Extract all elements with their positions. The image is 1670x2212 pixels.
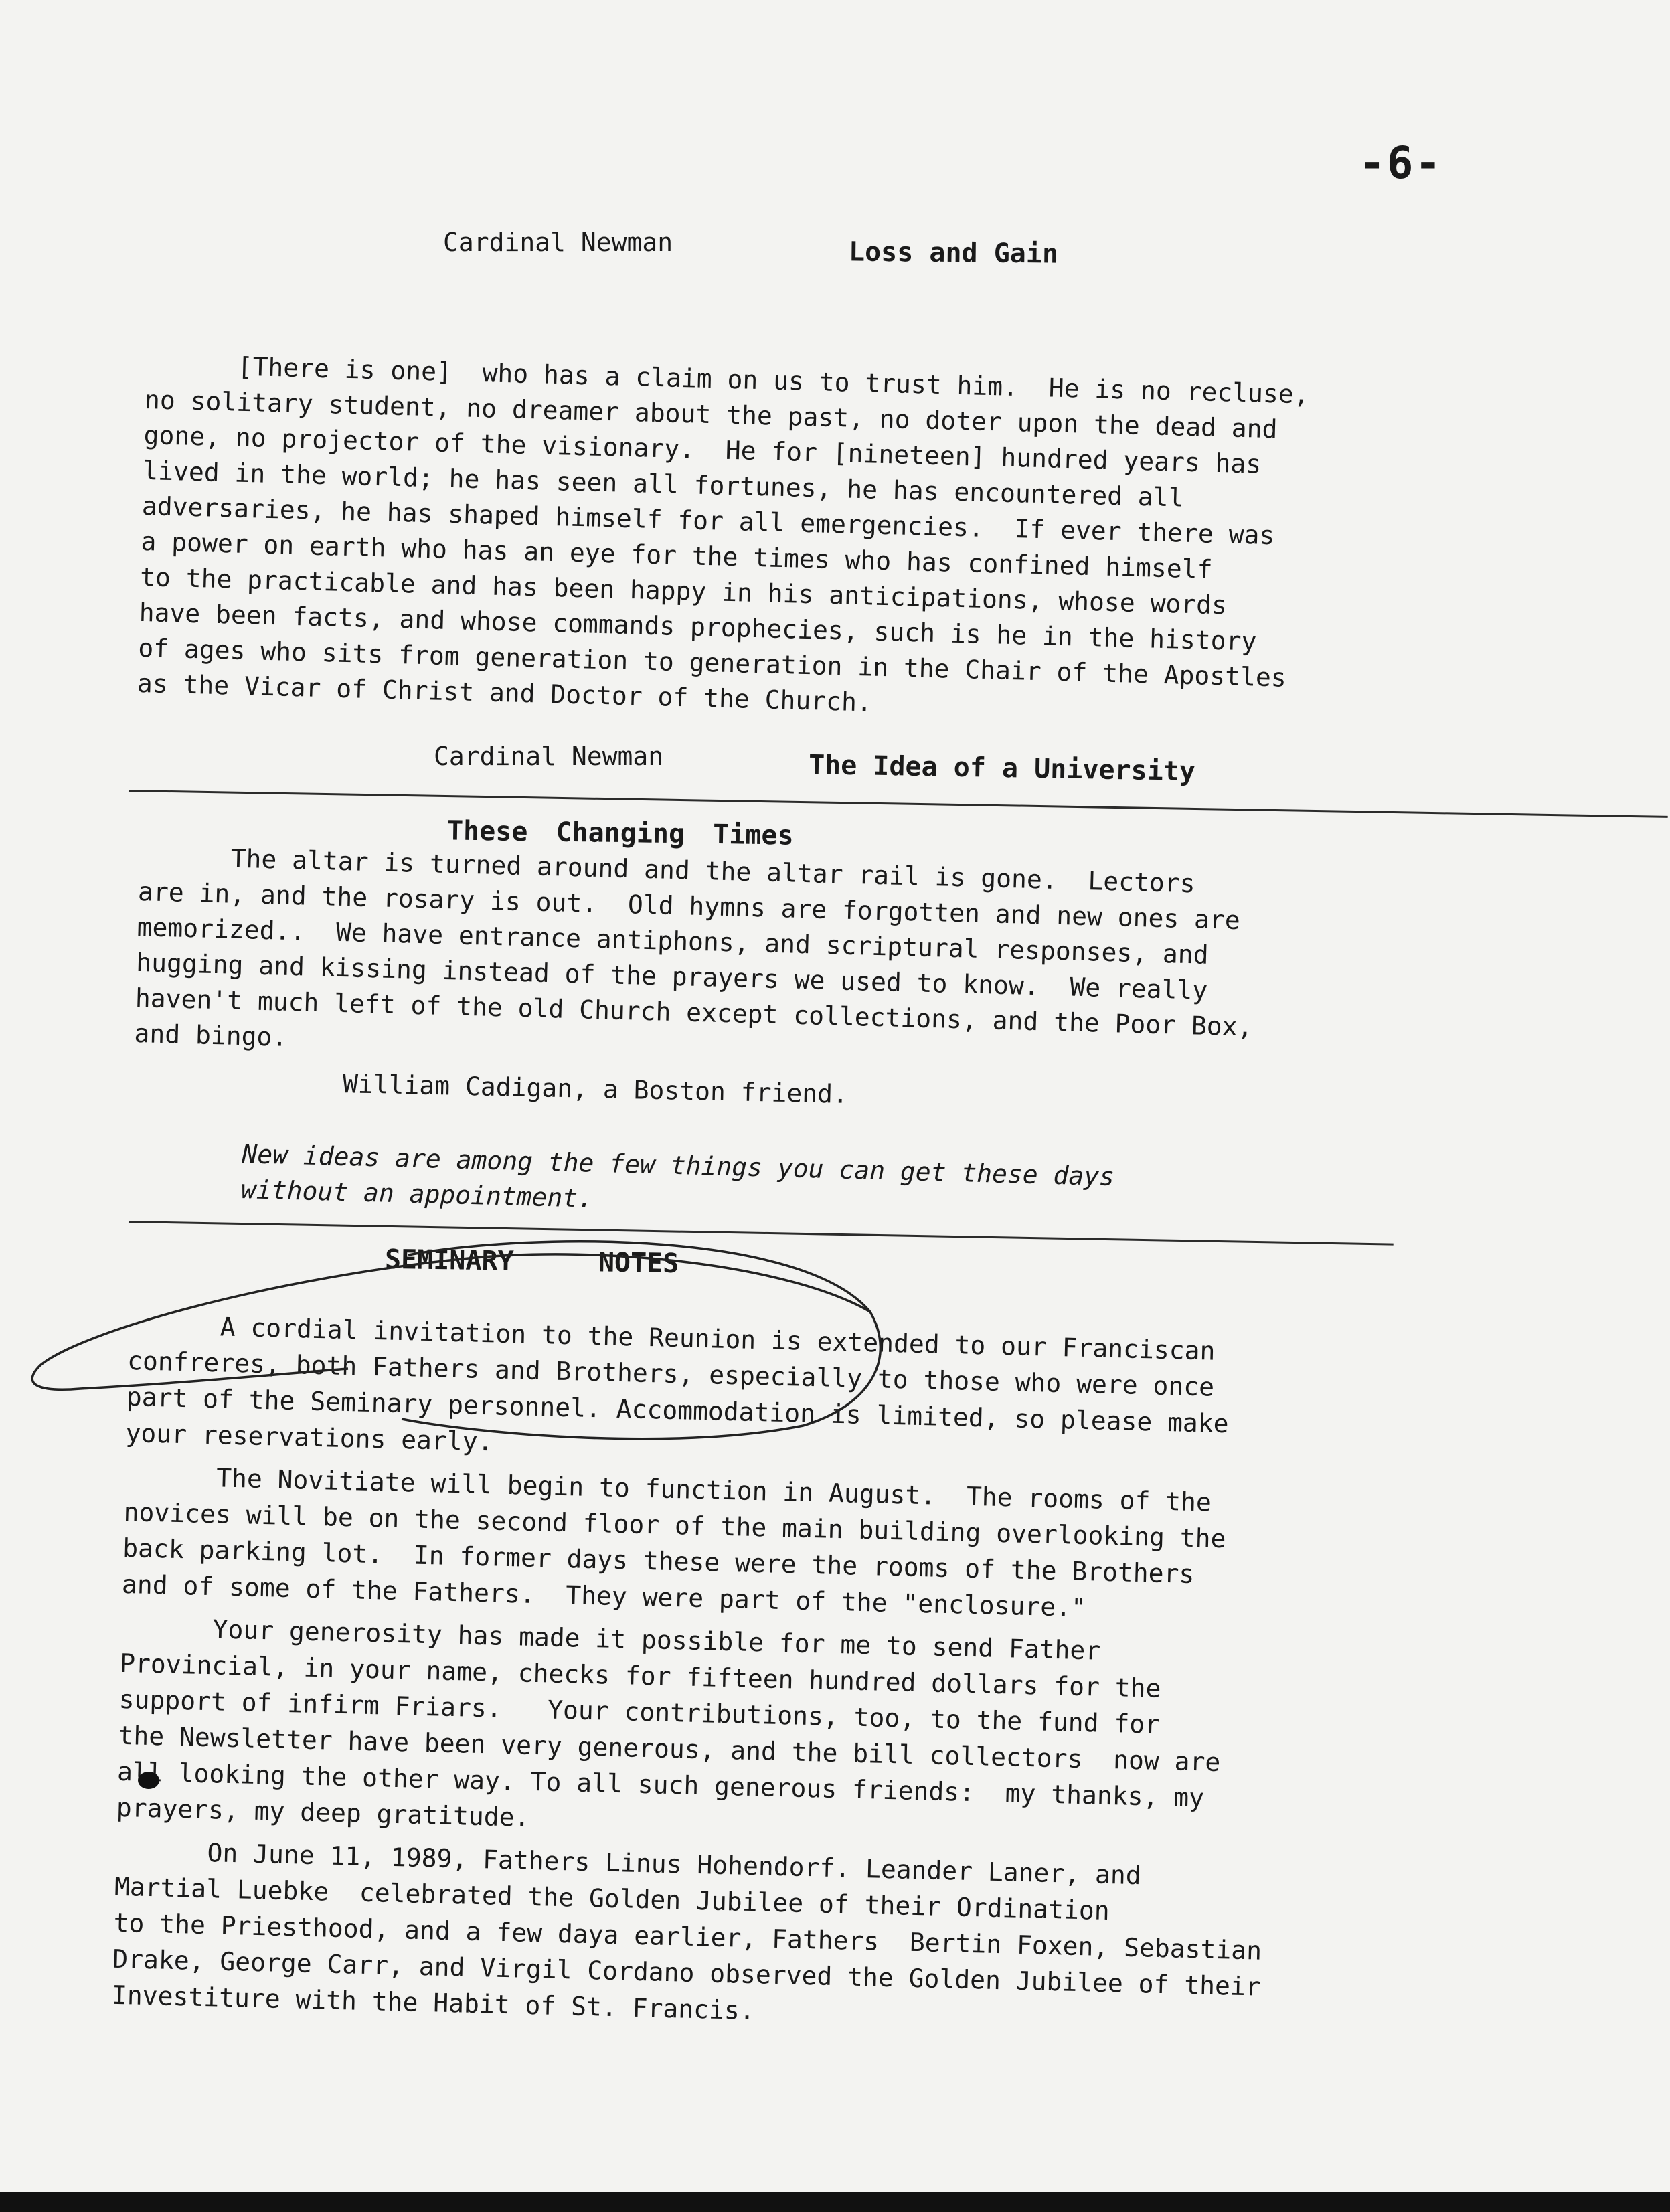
quote2-title: The Idea of a University [809, 750, 1196, 787]
quote1-title: Loss and Gain [849, 236, 1059, 269]
aphorism-line: without an appointment. [241, 1177, 594, 1211]
changing-times-heading: These Changing Times [447, 815, 794, 851]
quote2-author: Cardinal Newman [434, 742, 663, 771]
text-line: and bingo. [134, 1021, 288, 1050]
page-number: -6- [1359, 137, 1442, 189]
text-line: your reservations early. [125, 1420, 493, 1454]
text-line: prayers, my deep gratitude. [116, 1795, 529, 1831]
quote1-author: Cardinal Newman [443, 228, 673, 257]
section-divider [129, 790, 1668, 818]
quote-attribution: William Cadigan, a Boston friend. [343, 1071, 849, 1107]
document-page: -6- Cardinal Newman Loss and Gain [There… [0, 0, 1670, 2212]
section-divider [129, 1221, 1394, 1246]
scan-edge [0, 2192, 1670, 2212]
seminary-notes-heading: SEMINARY NOTES [385, 1244, 679, 1279]
text-line: Investiture with the Habit of St. Franci… [112, 1982, 756, 2023]
